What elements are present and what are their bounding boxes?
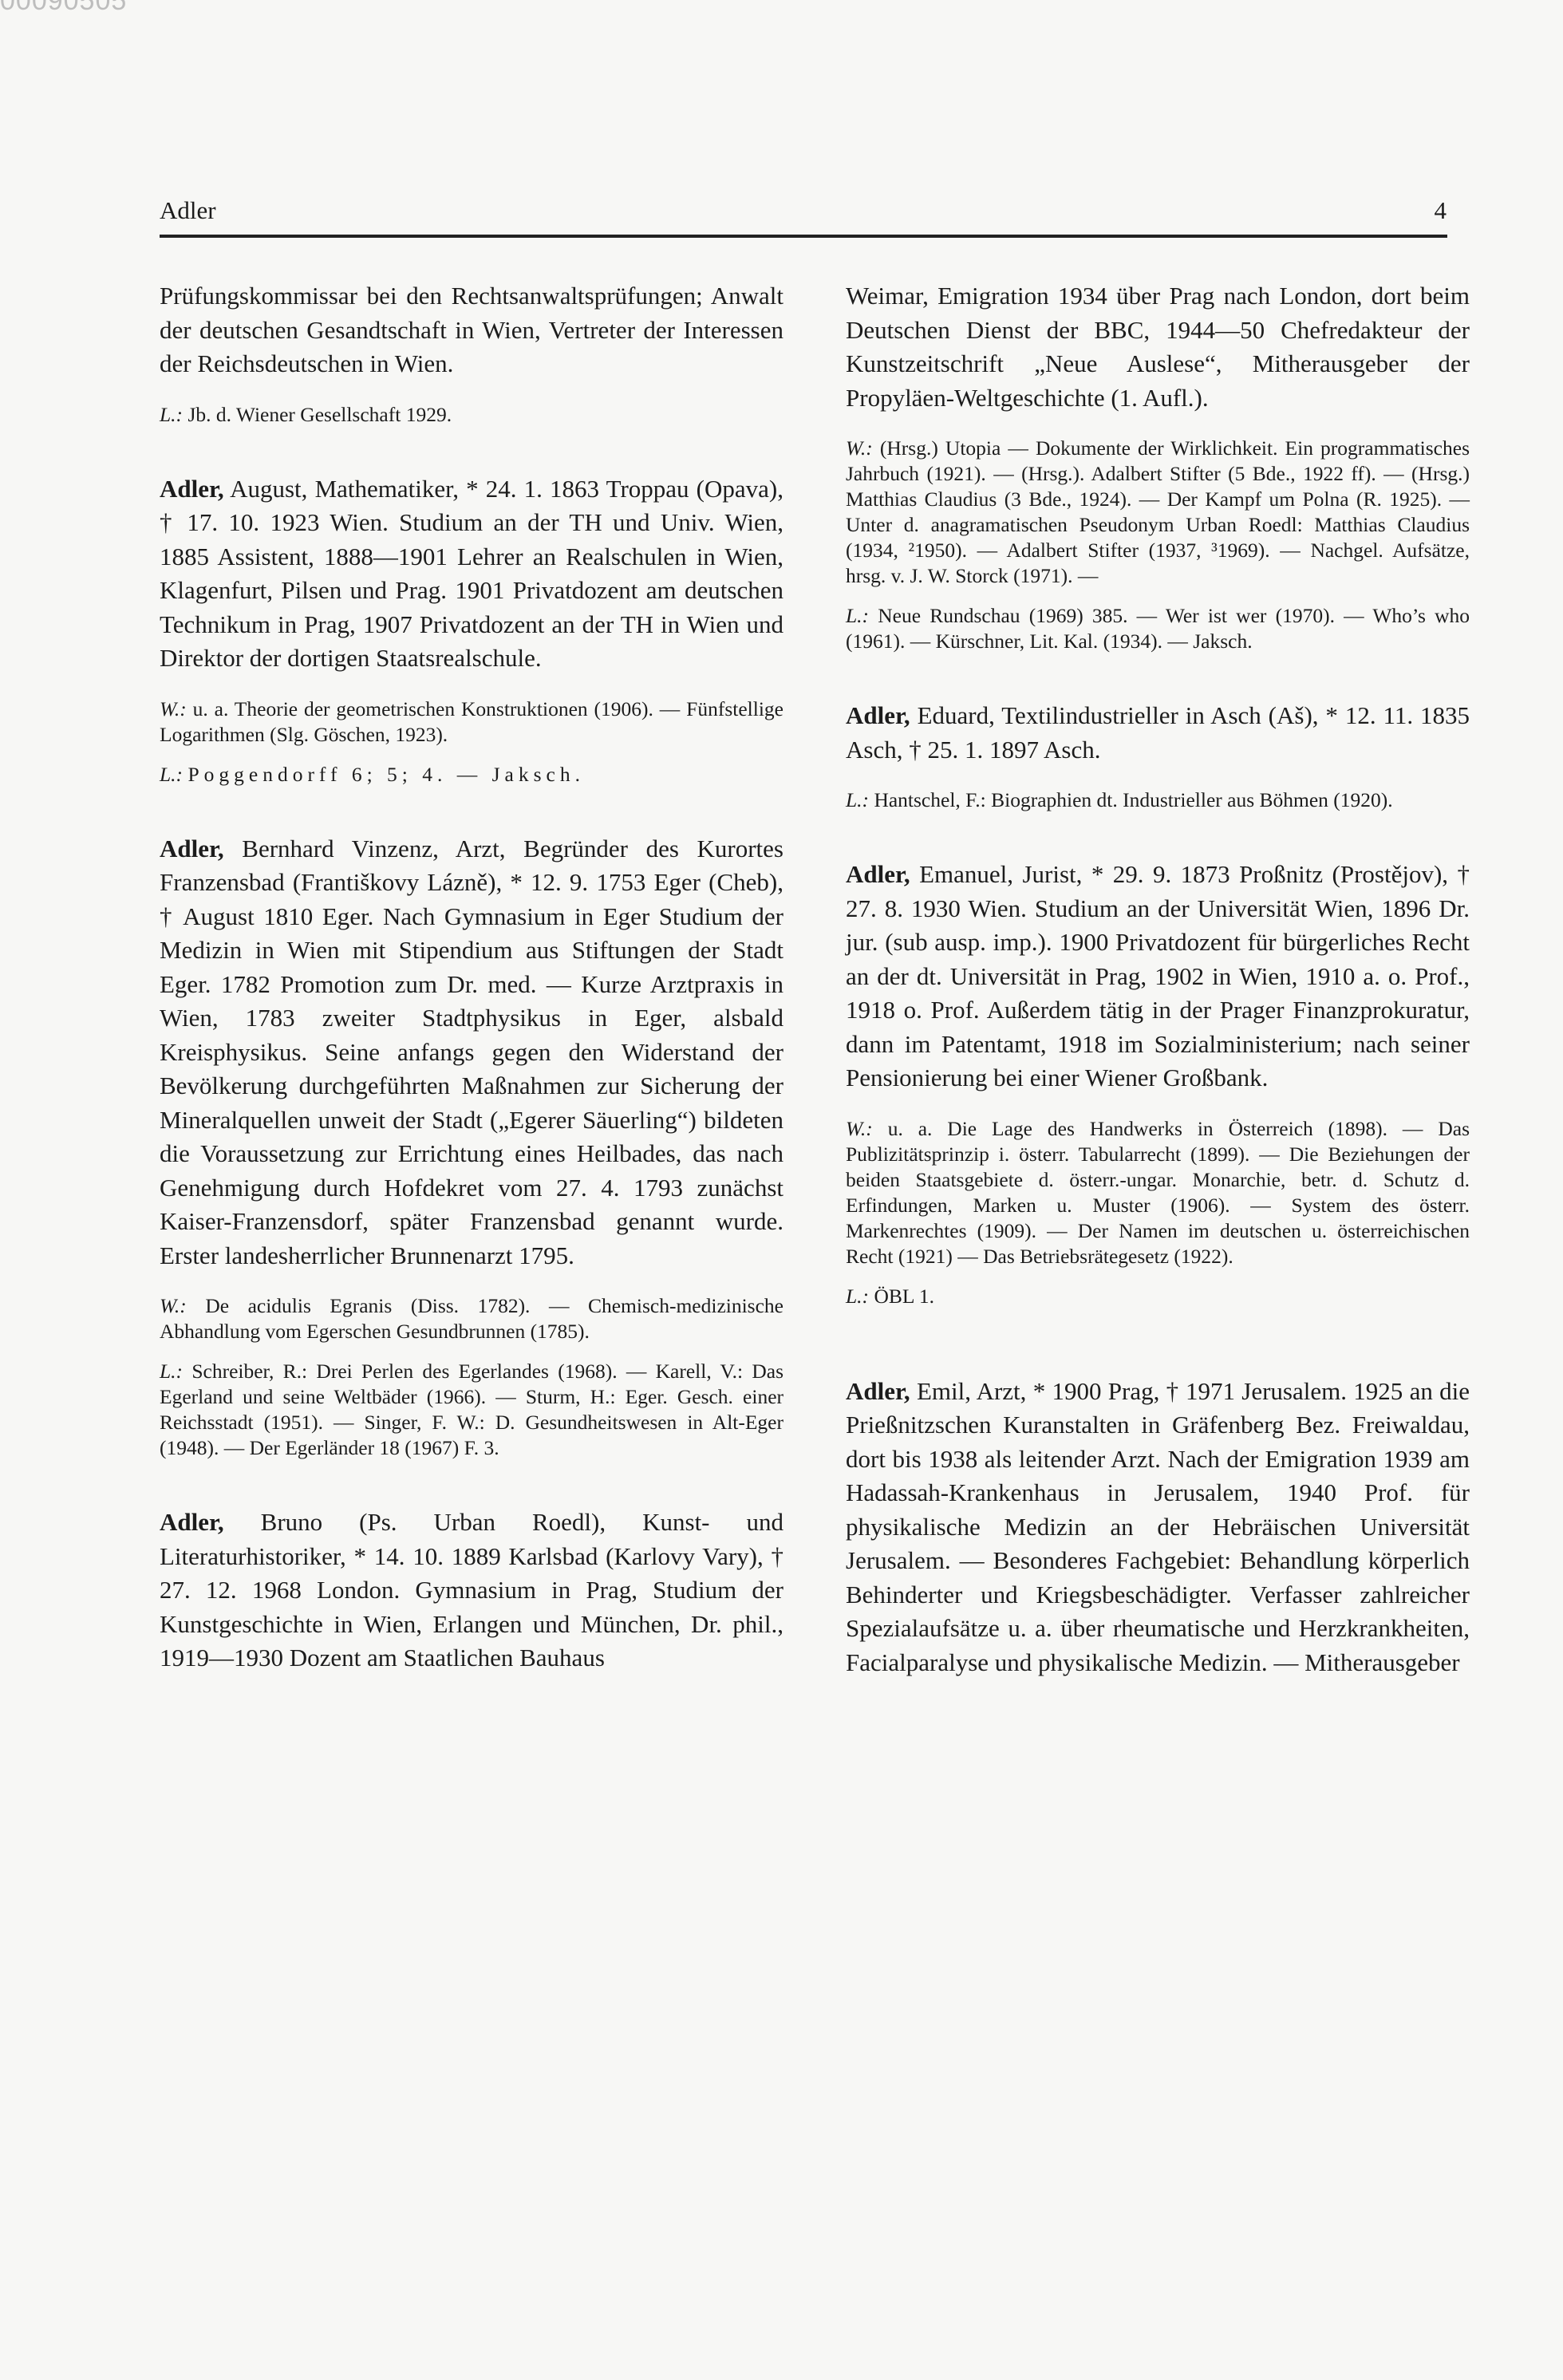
entry-name: Adler,: [160, 835, 224, 862]
ref-text: u. a. Theorie der geometrischen Konstruk…: [160, 697, 783, 746]
entry-body: Weimar, Emigration 1934 über Prag nach L…: [846, 279, 1470, 415]
works-ref: W.: u. a. Theorie der geometrischen Kons…: [160, 697, 783, 748]
entry-body: Prüfungskommissar bei den Rechtsanwaltsp…: [160, 279, 783, 381]
literature-ref: L.: Poggendorff 6; 5; 4. — Jaksch.: [160, 762, 783, 787]
entry-body: Emil, Arzt, * 1900 Prag, † 1971 Jerusale…: [846, 1377, 1470, 1676]
ref-label: L.:: [160, 403, 183, 426]
literature-ref: L.: Neue Rundschau (1969) 385. — Wer ist…: [846, 603, 1470, 654]
entry-name: Adler,: [160, 1508, 224, 1536]
ref-text: u. a. Die Lage des Handwerks in Österrei…: [846, 1117, 1470, 1268]
ref-text: De acidulis Egranis (Diss. 1782). — Chem…: [160, 1294, 783, 1343]
entry-body: Bernhard Vinzenz, Arzt, Begründer des Ku…: [160, 835, 783, 1269]
literature-ref: L.: Jb. d. Wiener Gesellschaft 1929.: [160, 402, 783, 428]
scan-id: 00090505: [0, 0, 127, 17]
right-column: Weimar, Emigration 1934 über Prag nach L…: [846, 279, 1470, 1679]
entry-continuation: Prüfungskommissar bei den Rechtsanwaltsp…: [160, 279, 783, 428]
entry-name: Adler,: [846, 701, 910, 729]
ref-label: W.:: [846, 1117, 873, 1140]
ref-text: Poggendorff 6; 5; 4. — Jaksch.: [187, 763, 585, 786]
entry-adler-emanuel: Adler, Emanuel, Jurist, * 29. 9. 1873 Pr…: [846, 858, 1470, 1309]
ref-label: L.:: [160, 1360, 183, 1383]
entry-adler-eduard: Adler, Eduard, Textilindustrieller in As…: [846, 699, 1470, 813]
works-ref: W.: u. a. Die Lage des Handwerks in Öste…: [846, 1116, 1470, 1269]
ref-label: L.:: [846, 1285, 869, 1308]
entry-adler-emil: Adler, Emil, Arzt, * 1900 Prag, † 1971 J…: [846, 1375, 1470, 1680]
running-head: Adler: [160, 196, 216, 225]
literature-ref: L.: Hantschel, F.: Biographien dt. Indus…: [846, 787, 1470, 813]
entry-adler-august: Adler, August, Mathematiker, * 24. 1. 18…: [160, 472, 783, 787]
entry-body: Eduard, Textilindustrieller in Asch (Aš)…: [846, 701, 1470, 764]
ref-text: Schreiber, R.: Drei Perlen des Egerlande…: [160, 1360, 783, 1459]
works-ref: W.: (Hrsg.) Utopia — Dokumente der Wirkl…: [846, 436, 1470, 589]
ref-text: Jb. d. Wiener Gesellschaft 1929.: [187, 403, 452, 426]
page-number: 4: [1435, 196, 1447, 225]
ref-text: ÖBL 1.: [874, 1285, 934, 1308]
left-column: Prüfungskommissar bei den Rechtsanwaltsp…: [160, 279, 783, 1675]
entry-continuation: Weimar, Emigration 1934 über Prag nach L…: [846, 279, 1470, 654]
entry-name: Adler,: [846, 1377, 910, 1405]
literature-ref: L.: ÖBL 1.: [846, 1284, 1470, 1309]
running-header: Adler 4: [160, 196, 1447, 236]
entry-body: Emanuel, Jurist, * 29. 9. 1873 Proßnitz …: [846, 860, 1470, 1091]
ref-label: L.:: [846, 604, 869, 627]
entry-name: Adler,: [846, 860, 910, 888]
entry-adler-bernhard-vinzenz: Adler, Bernhard Vinzenz, Arzt, Begründer…: [160, 832, 783, 1462]
works-ref: W.: De acidulis Egranis (Diss. 1782). — …: [160, 1293, 783, 1344]
ref-label: L.:: [160, 763, 183, 786]
ref-text: (Hrsg.) Utopia — Dokumente der Wirklichk…: [846, 436, 1470, 587]
entry-body: August, Mathematiker, * 24. 1. 1863 Trop…: [160, 475, 783, 673]
entry-body: Bruno (Ps. Urban Roedl), Kunst- und Lite…: [160, 1508, 783, 1672]
ref-text: Hantschel, F.: Biographien dt. Industrie…: [874, 788, 1392, 811]
entry-name: Adler,: [160, 475, 224, 503]
ref-text: Neue Rundschau (1969) 385. — Wer ist wer…: [846, 604, 1470, 653]
header-rule: [160, 235, 1447, 238]
ref-label: W.:: [160, 1294, 187, 1317]
ref-label: W.:: [160, 697, 187, 720]
entry-adler-bruno: Adler, Bruno (Ps. Urban Roedl), Kunst- u…: [160, 1506, 783, 1675]
literature-ref: L.: Schreiber, R.: Drei Perlen des Egerl…: [160, 1359, 783, 1461]
ref-label: L.:: [846, 788, 869, 811]
ref-label: W.:: [846, 436, 873, 460]
